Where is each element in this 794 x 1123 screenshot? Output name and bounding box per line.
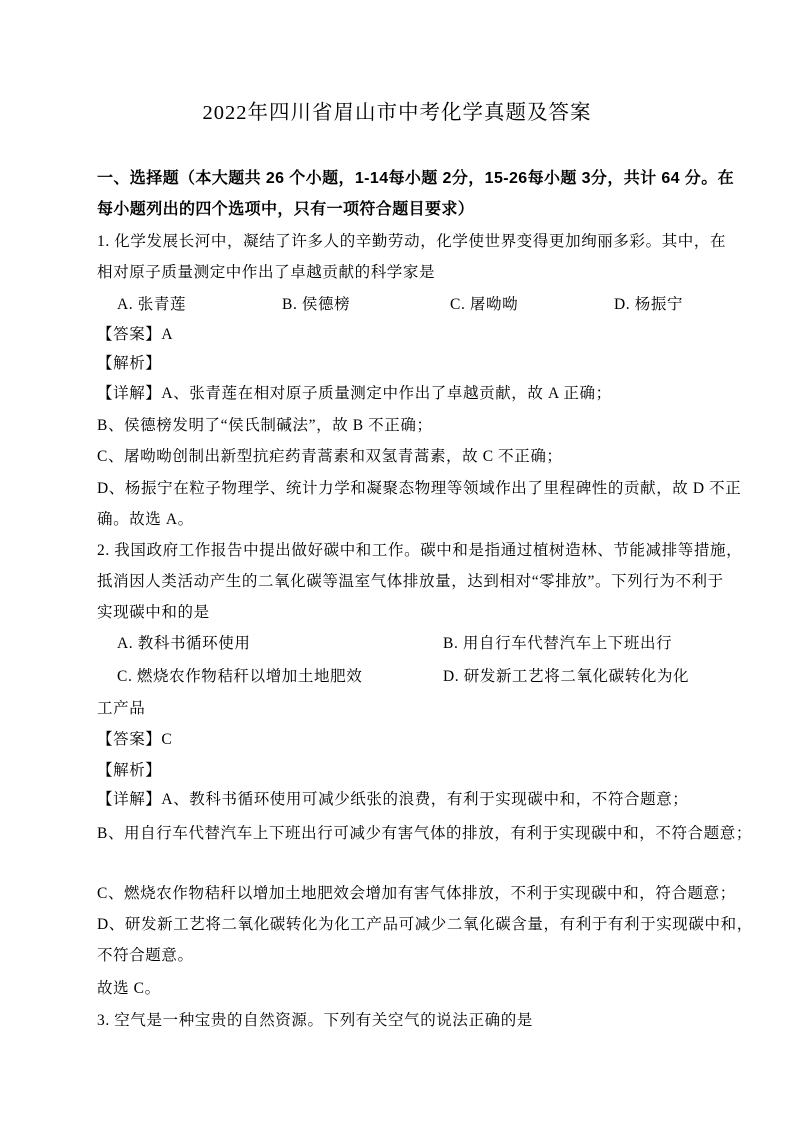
section-heading-line1: 一、选择题（本大题共 26 个小题，1-14每小题 2分，15-26每小题 3分… <box>97 168 734 189</box>
question-1-option-a: A. 张青莲 <box>117 294 186 315</box>
question-1-detail-line3: C、屠呦呦创制出新型抗疟药青蒿素和双氢青蒿素，故 C 不正确； <box>97 446 563 467</box>
question-1-detail-line5: 确。故选 A。 <box>97 509 194 530</box>
question-1-detail-line4: D、杨振宁在粒子物理学、统计力学和凝聚态物理等领域作出了里程碑性的贡献，故 D … <box>97 478 741 499</box>
question-1-detail-line2: B、侯德榜发明了“侯氏制碱法”，故 B 不正确； <box>97 415 433 436</box>
question-1-option-c: C. 屠呦呦 <box>450 294 518 315</box>
question-2-stem-line2: 抵消因人类活动产生的二氧化碳等温室气体排放量，达到相对“零排放”。下列行为不利于 <box>97 571 724 592</box>
document-title: 2022年四川省眉山市中考化学真题及答案 <box>0 103 794 124</box>
question-2-option-d-continuation: 工产品 <box>97 698 145 719</box>
question-2-answer: 【答案】C <box>97 729 172 750</box>
question-2-option-c: C. 燃烧农作物秸秆以增加土地肥效 <box>117 666 362 687</box>
question-2-option-d: D. 研发新工艺将二氧化碳转化为化 <box>443 666 689 687</box>
question-2-detail-line3: C、燃烧农作物秸秆以增加土地肥效会增加有害气体排放，不利于实现碳中和，符合题意； <box>97 883 736 904</box>
question-2-detail-line6: 故选 C。 <box>97 978 161 999</box>
question-2-detail-line2: B、用自行车代替汽车上下班出行可减少有害气体的排放，有利于实现碳中和，不符合题意… <box>97 823 752 844</box>
question-2-option-a: A. 教科书循环使用 <box>117 633 250 654</box>
question-1-stem-line1: 1. 化学发展长河中，凝结了许多人的辛勤劳动，化学使世界变得更加绚丽多彩。其中，… <box>97 231 726 252</box>
question-2-stem-line3: 实现碳中和的是 <box>97 602 210 623</box>
question-2-detail-line4: D、研发新工艺将二氧化碳转化为化工产品可减少二氧化碳含量，有利于有利于实现碳中和… <box>97 914 753 935</box>
question-2-stem-line1: 2. 我国政府工作报告中提出做好碳中和工作。碳中和是指通过植树造林、节能减排等措… <box>97 540 742 561</box>
question-1-detail-line1: 【详解】A、张青莲在相对原子质量测定中作出了卓越贡献，故 A 正确； <box>97 383 612 404</box>
question-1-analysis-label: 【解析】 <box>97 353 161 374</box>
exam-document-page: 2022年四川省眉山市中考化学真题及答案 一、选择题（本大题共 26 个小题，1… <box>0 0 794 1123</box>
question-1-option-d: D. 杨振宁 <box>614 294 683 315</box>
question-2-detail-line1: 【详解】A、教科书循环使用可减少纸张的浪费，有利于实现碳中和，不符合题意； <box>97 789 688 810</box>
question-2-detail-line5: 不符合题意。 <box>97 945 194 966</box>
question-1-option-b: B. 侯德榜 <box>282 294 350 315</box>
question-1-answer: 【答案】A <box>97 324 173 345</box>
question-2-option-b: B. 用自行车代替汽车上下班出行 <box>443 633 672 654</box>
question-3-stem-line1: 3. 空气是一种宝贵的自然资源。下列有关空气的说法正确的是 <box>97 1010 533 1031</box>
question-1-stem-line2: 相对原子质量测定中作出了卓越贡献的科学家是 <box>97 262 435 283</box>
section-heading-line2: 每小题列出的四个选项中，只有一项符合题目要求） <box>97 199 474 220</box>
question-2-analysis-label: 【解析】 <box>97 760 161 781</box>
